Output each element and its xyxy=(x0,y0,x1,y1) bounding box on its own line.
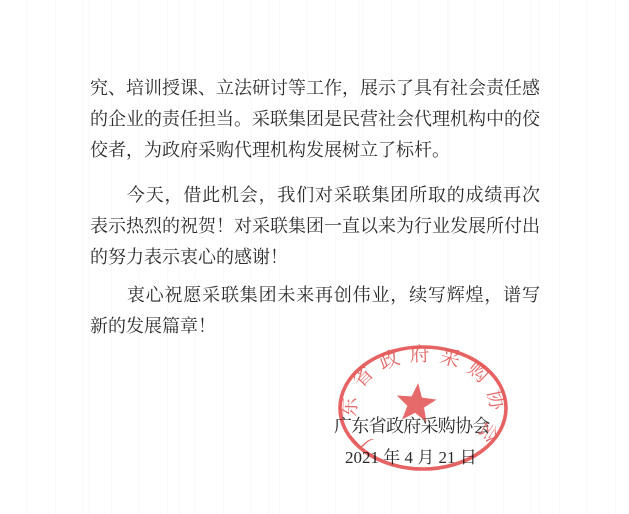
scanned-letter-page: 究、培训授课、立法研讨等工作，展示了具有社会责任感的企业的责任担当。采联集团是民… xyxy=(0,0,629,514)
letter-body: 究、培训授课、立法研讨等工作，展示了具有社会责任感的企业的责任担当。采联集团是民… xyxy=(90,73,540,342)
date-line: 2021 年 4 月 21 日 xyxy=(345,449,477,466)
svg-text:广东省政府采购协会: 广东省政府采购协会 xyxy=(338,344,509,453)
paragraph: 究、培训授课、立法研讨等工作，展示了具有社会责任感的企业的责任担当。采联集团是民… xyxy=(90,73,540,166)
seal-arc-text: 广东省政府采购协会 xyxy=(338,344,509,453)
signature: 广东省政府采购协会 xyxy=(334,417,490,435)
paragraph: 今天，借此机会，我们对采联集团所取的成绩再次表示热烈的祝贺！对采联集团一直以来为… xyxy=(90,180,540,273)
paragraph: 衷心祝愿采联集团未来再创伟业，续写辉煌，谱写新的发展篇章！ xyxy=(90,280,540,342)
